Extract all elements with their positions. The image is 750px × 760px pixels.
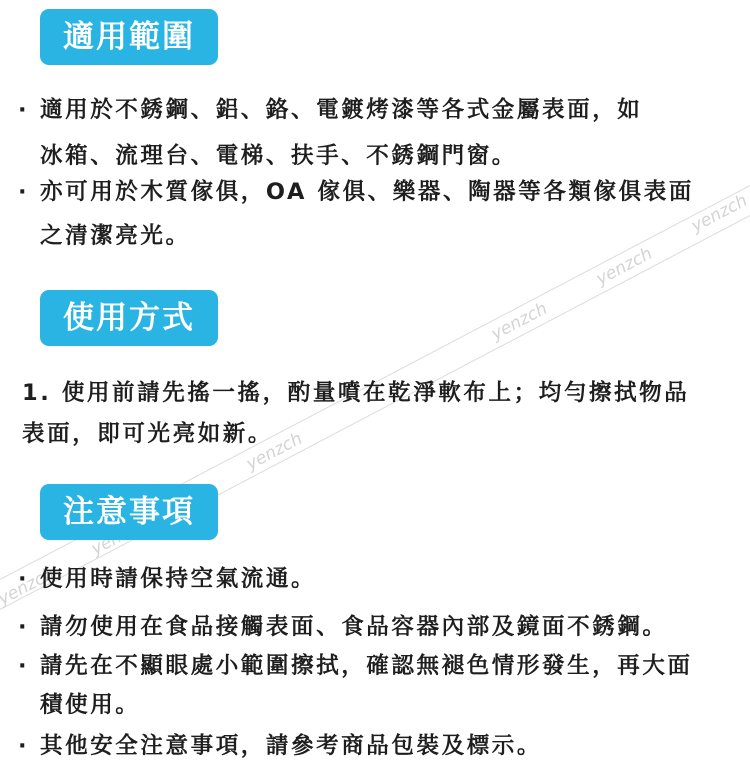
list-item: ·請先在不顯眼處小範圍擦拭，確認無褪色情形發生，再大面: [18, 651, 693, 681]
bullet: ·: [18, 564, 40, 594]
list-item: ·使用時請保持空氣流通。: [18, 564, 316, 594]
bullet: ·: [18, 651, 40, 681]
list-item-continuation: 冰箱、流理台、電梯、扶手、不銹鋼門窗。: [40, 141, 517, 171]
bullet: ·: [18, 95, 40, 125]
section-title-badge: 使用方式: [40, 290, 218, 346]
list-item-text: 使用時請保持空氣流通。: [40, 566, 316, 592]
list-item: ·其他安全注意事項，請參考商品包裝及標示。: [18, 731, 542, 760]
list-item: ·亦可用於木質傢俱，OA 傢俱、樂器、陶器等各類傢俱表面: [18, 177, 694, 207]
usage-step-continuation: 表面，即可光亮如新。: [22, 419, 273, 449]
list-item-text: 之清潔亮光。: [40, 223, 191, 249]
list-item-continuation: 之清潔亮光。: [40, 221, 191, 251]
bullet: ·: [18, 177, 40, 207]
usage-step-text: 表面，即可光亮如新。: [22, 421, 273, 447]
list-item-text: 適用於不銹鋼、鋁、鉻、電鍍烤漆等各式金屬表面，如: [40, 97, 642, 123]
list-item-text: 其他安全注意事項，請參考商品包裝及標示。: [40, 733, 542, 759]
svg-text:yenzch: yenzch: [487, 299, 551, 345]
list-item-text: 亦可用於木質傢俱，OA 傢俱、樂器、陶器等各類傢俱表面: [40, 179, 694, 205]
section-title-badge: 注意事項: [40, 484, 218, 540]
list-item: ·適用於不銹鋼、鋁、鉻、電鍍烤漆等各式金屬表面，如: [18, 95, 642, 125]
list-item-text: 積使用。: [40, 692, 140, 718]
list-item-continuation: 積使用。: [40, 690, 140, 720]
svg-text:yenzch: yenzch: [592, 244, 656, 290]
svg-text:yenzch: yenzch: [687, 191, 750, 237]
list-item-text: 冰箱、流理台、電梯、扶手、不銹鋼門窗。: [40, 143, 517, 169]
list-item-text: 請勿使用在食品接觸表面、食品容器內部及鏡面不銹鋼。: [40, 614, 668, 640]
section-title-badge: 適用範圍: [40, 9, 218, 65]
bullet: ·: [18, 612, 40, 642]
usage-step-text: 1. 使用前請先搖一搖，酌量噴在乾淨軟布上；均勻擦拭物品: [22, 380, 689, 406]
list-item: ·請勿使用在食品接觸表面、食品容器內部及鏡面不銹鋼。: [18, 612, 668, 642]
usage-step: 1. 使用前請先搖一搖，酌量噴在乾淨軟布上；均勻擦拭物品: [22, 378, 689, 408]
bullet: ·: [18, 731, 40, 760]
list-item-text: 請先在不顯眼處小範圍擦拭，確認無褪色情形發生，再大面: [40, 653, 693, 679]
